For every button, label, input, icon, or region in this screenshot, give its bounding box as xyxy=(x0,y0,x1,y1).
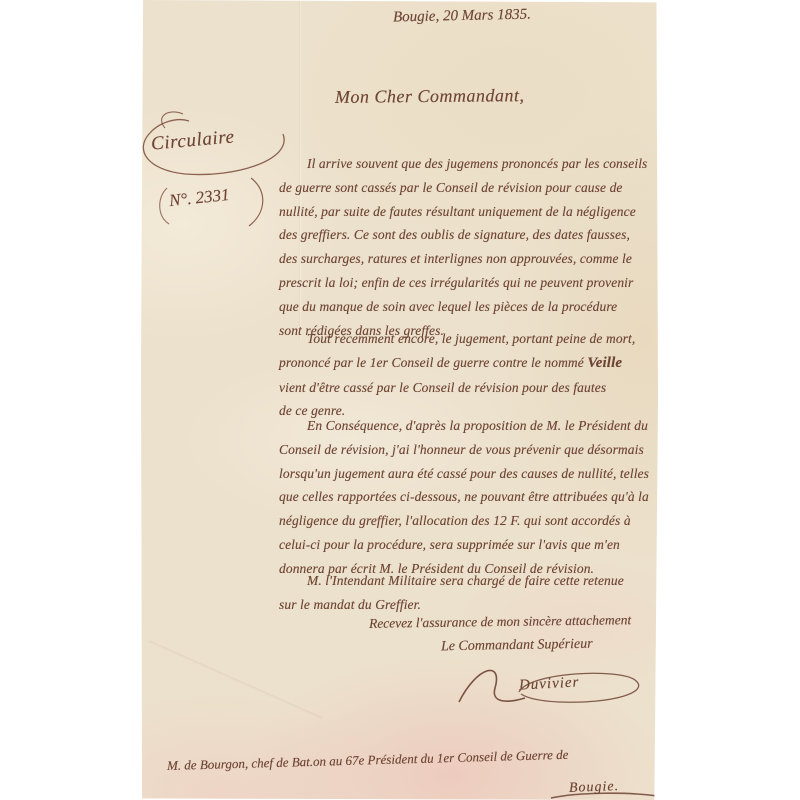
letter-paper: Bougie, 20 Mars 1835. Circulaire N°. 233… xyxy=(141,0,658,800)
body-line: Conseil de révision, j'ai l'honneur de v… xyxy=(279,438,663,462)
body-line: prescrit la loi; enfin de ces irrégulari… xyxy=(279,271,663,295)
body-line: vient d'être cassé par le Conseil de rév… xyxy=(279,376,663,400)
body-line: de guerre sont cassés par le Conseil de … xyxy=(279,176,663,200)
body-line: En Conséquence, d'après la proposition d… xyxy=(279,414,663,438)
dateline: Bougie, 20 Mars 1835. xyxy=(393,7,531,27)
paragraph-2: Tout récemment encore, le jugement, port… xyxy=(279,327,663,423)
valediction: Recevez l'assurance de mon sincère attac… xyxy=(369,612,631,632)
scanned-letter-photo: { "colors": { "ink": "#6e4434", "paper":… xyxy=(0,0,800,800)
signoff: Le Commandant Supérieur xyxy=(441,637,593,656)
body-line: des surcharges, ratures et interlignes n… xyxy=(279,247,663,271)
salutation: Mon Cher Commandant, xyxy=(335,85,525,108)
paragraph-3: En Conséquence, d'après la proposition d… xyxy=(279,414,663,581)
body-line: prononcé par le 1er Conseil de guerre co… xyxy=(279,351,663,376)
body-line: que du manque de soin avec lequel les pi… xyxy=(279,295,663,319)
highlighted-name: Veille xyxy=(587,355,622,371)
body-line: des greffiers. Ce sont des oublis de sig… xyxy=(279,223,663,247)
footer-place: Bougie. xyxy=(569,779,620,797)
body-line: Tout récemment encore, le jugement, port… xyxy=(279,327,663,351)
body-line: lorsqu'un jugement aura été cassé pour d… xyxy=(279,462,663,486)
signature-name: Duvivier xyxy=(519,674,580,694)
paragraph-4: M. l'Intendant Militaire sera chargé de … xyxy=(279,569,663,617)
body-line: celui-ci pour la procédure, sera supprim… xyxy=(279,533,663,557)
signature: Duvivier xyxy=(441,658,661,718)
body-line-text: prononcé par le 1er Conseil de guerre co… xyxy=(279,355,587,370)
circular-number: N°. 2331 xyxy=(155,176,275,232)
footer-addressee: M. de Bourgon, chef de Bat.on au 67e Pré… xyxy=(167,747,569,774)
body-line: Il arrive souvent que des jugemens prono… xyxy=(279,152,663,176)
body-line: négligence du greffier, l'allocation des… xyxy=(279,509,663,533)
paper-crease-diagonal xyxy=(148,640,323,720)
body-line: que celles rapportées ci-dessous, ne pou… xyxy=(279,485,663,509)
body-line: nullité, par suite de fautes résultant u… xyxy=(279,200,663,224)
body-line: M. l'Intendant Militaire sera chargé de … xyxy=(279,569,663,593)
paragraph-1: Il arrive souvent que des jugemens prono… xyxy=(279,152,663,342)
